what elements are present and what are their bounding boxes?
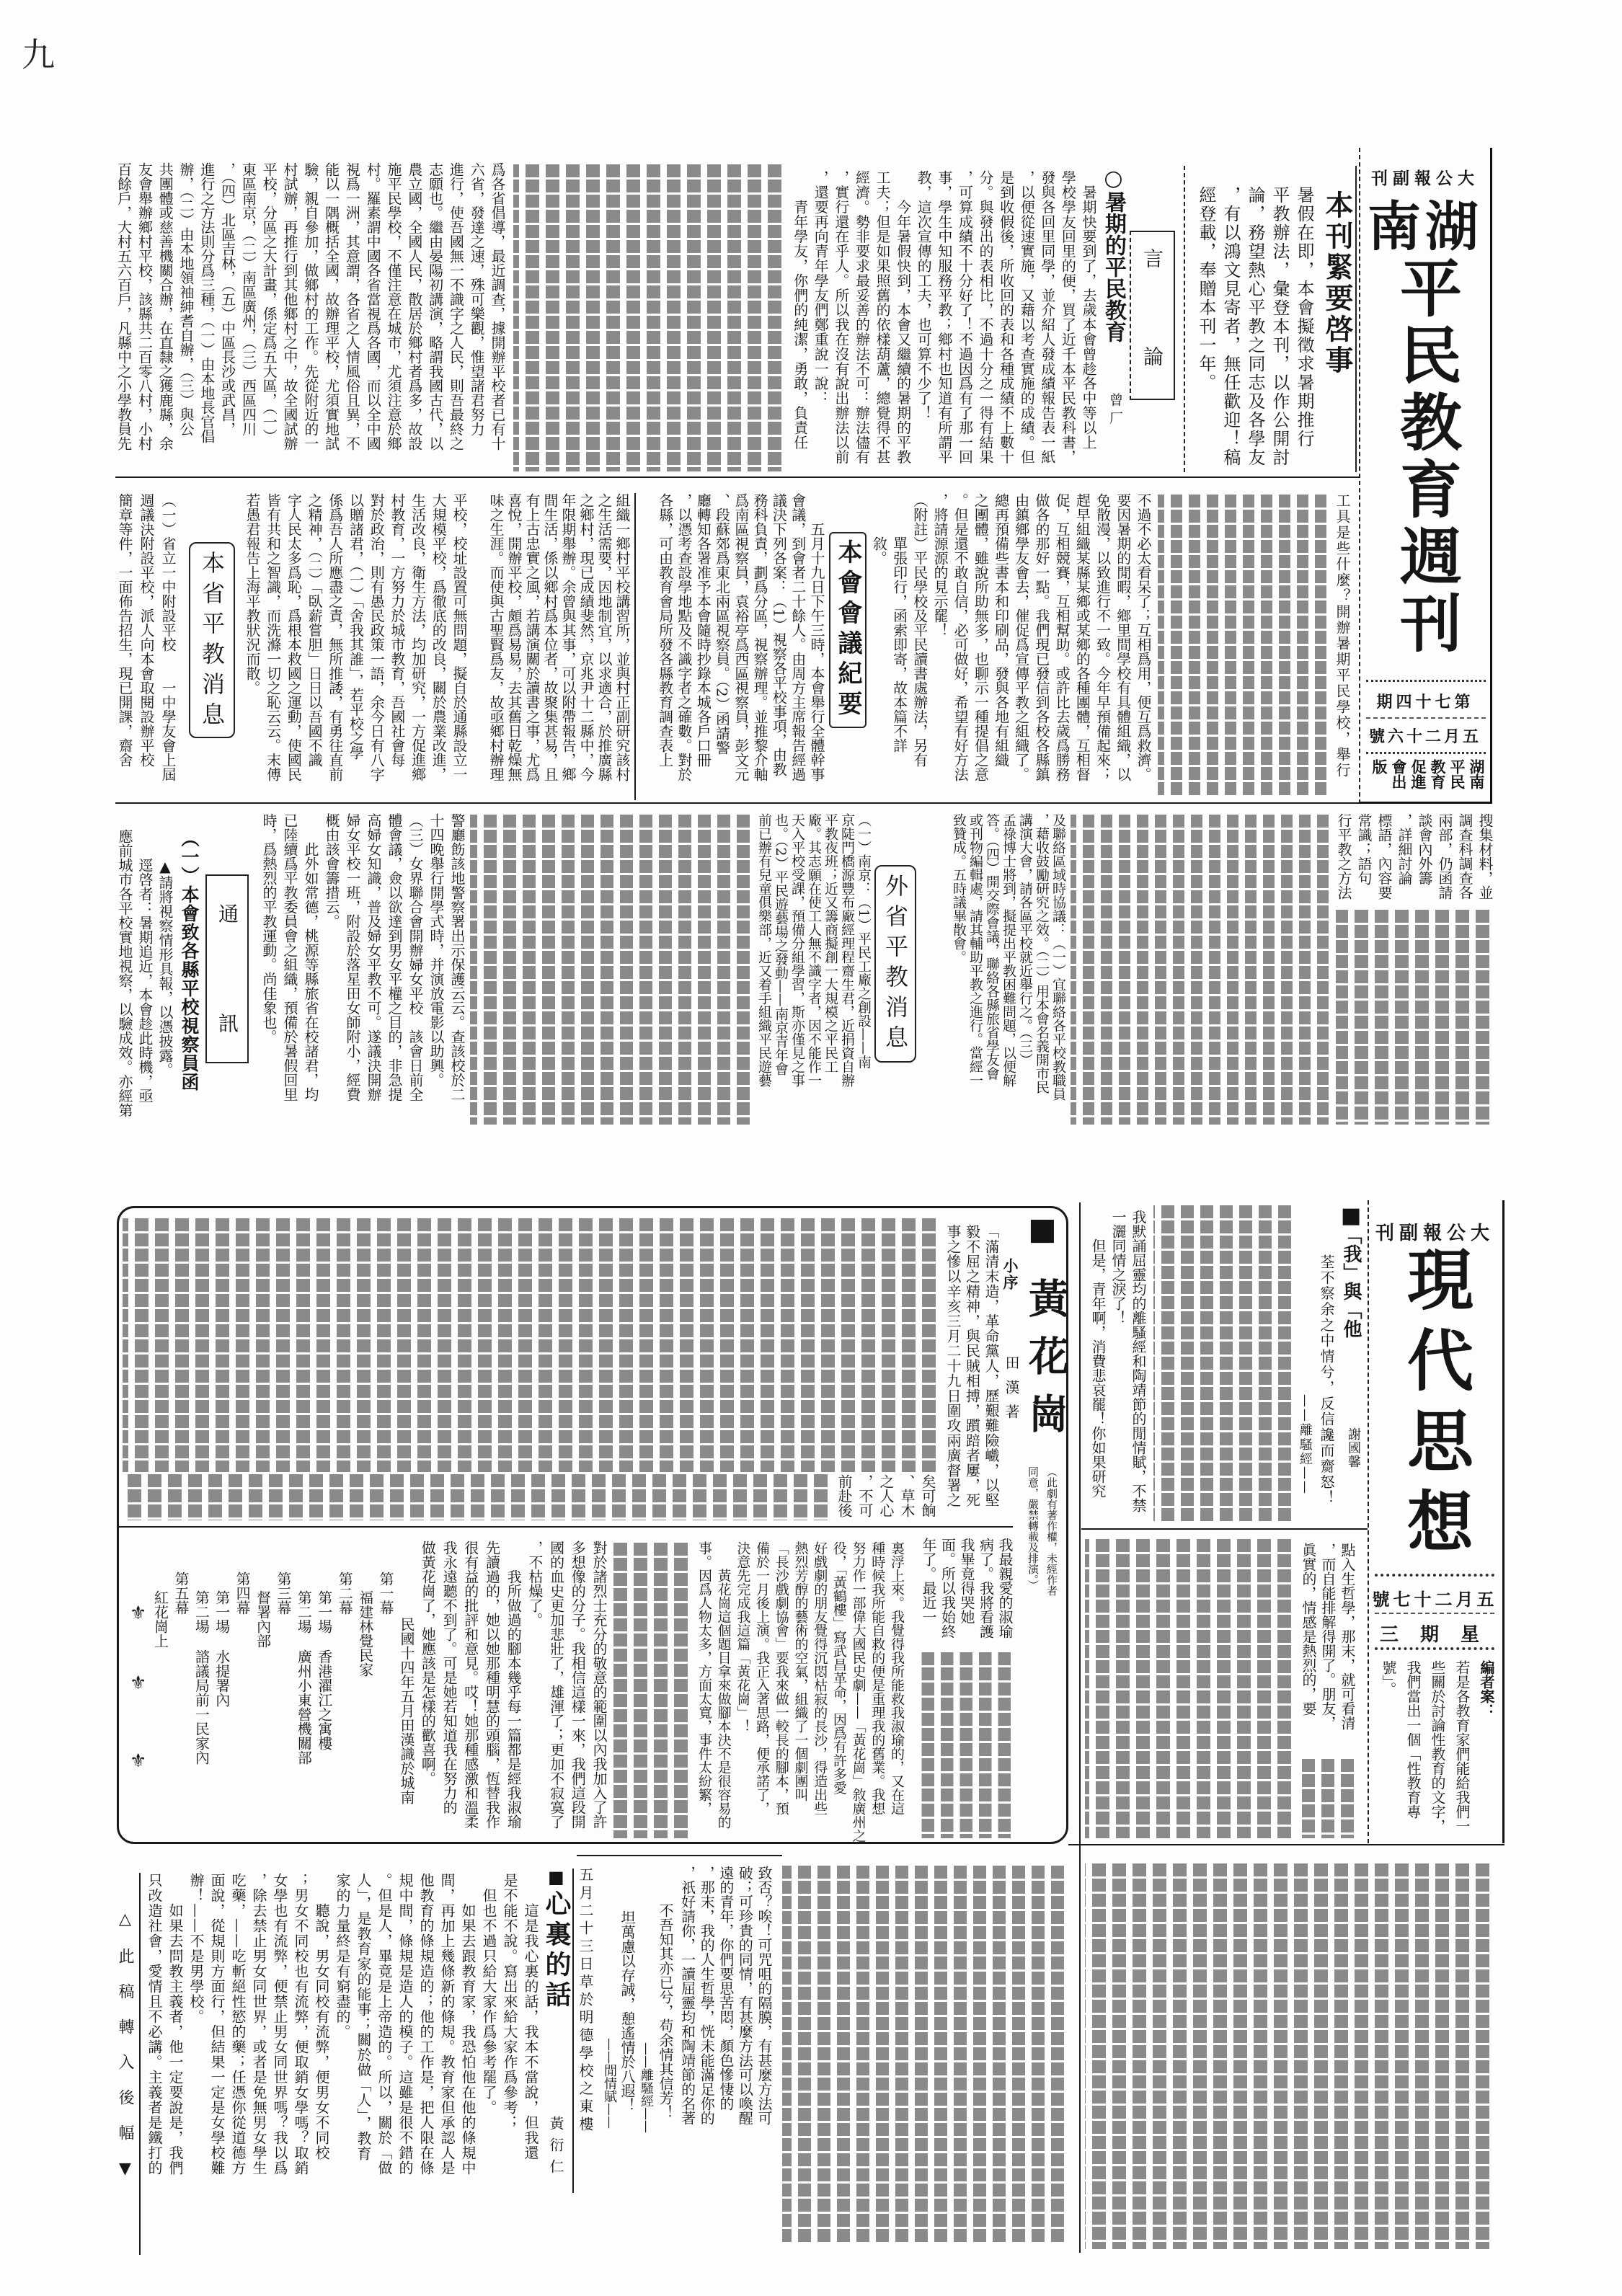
provincial-news-body: （一）省立一中附設平校 一中學友會上屆 週議決附設平校，派人向本會取閱設辦平校 … xyxy=(114,493,179,799)
column-divider xyxy=(572,1869,574,2193)
summer-article-body: 暑期快要到了，去歲本會曾趁各中等以上 學校學友回里的便，買了近千本平民教科書， … xyxy=(789,170,1099,477)
scene-label: 第一場 xyxy=(316,1590,333,1634)
act-scene: 第一場水提署內 xyxy=(211,1572,231,1788)
act-scene: 督署內部 xyxy=(252,1572,272,1788)
act-heading: 第一幕 xyxy=(376,1572,396,1788)
column-divider xyxy=(634,493,636,800)
scene-label: 第一場 xyxy=(213,1590,231,1634)
act-scene: 第二場廣州小東營機關部 xyxy=(293,1572,314,1788)
lecture-report-part-3: 平校，校址設置可無問題，擬自於通縣設立一 大規模平校，爲徹底的改良，關於農業改進… xyxy=(241,493,469,799)
meeting-minutes-body-continued: 及聯絡區域時協議：（一）宜聯絡各平校教職員 ，藉收鼓勵研究之效。（二）用本會名義… xyxy=(950,813,1066,1125)
masthead-title-top: 湖南 xyxy=(1360,198,1490,256)
play-preface-label: 小序 xyxy=(1001,1258,1019,1294)
square-marker-icon: ■ xyxy=(1341,1205,1361,1227)
essay-self-author: 謝國馨 xyxy=(1344,1427,1362,1478)
act-heading: 第二幕 xyxy=(334,1572,355,1788)
illegible-text-block xyxy=(1336,910,1492,1125)
essay-self-body-part-1: 我默誦屈靈均的離騷經和陶靖節的閒情賦，不禁 一灑同情之淚了！ 但是，青年啊，消費… xyxy=(1085,1210,1148,1524)
section-rule xyxy=(1081,1528,1368,1530)
summer-article-author: 曾厂 xyxy=(1106,393,1125,439)
illegible-text-block xyxy=(513,164,784,471)
act-heading: 第四幕 xyxy=(232,1572,252,1788)
notice-title: 本刊緊要啓事 xyxy=(1321,190,1354,392)
lecture-report-part-1: 爲各省倡導，最近調查，據開辦平校者已有十 六省，發達之速，殊可樂觀，惟望諸君努力… xyxy=(113,162,508,477)
play-intro-fragments: 我最親愛的淑瑜 病了。我將看護 我畢竟得哭她 面。所以我始終 年了。最近一 xyxy=(918,1538,1014,1649)
editor-note-text: 若是各教育家們能給我們一 些關於討論性教育的文字， 我們當出一個「性教育專 號」… xyxy=(1376,1660,1474,1840)
scene-label: 第二場 xyxy=(192,1590,210,1634)
notice-box: 本刊緊要啓事 暑假在即，本會擬徵求暑期推行 平教辦法，彙登本刊，以作公開討 論，… xyxy=(1184,166,1357,472)
masthead-publisher: 湖南平民教育促進會出版 xyxy=(1368,759,1486,797)
provincial-news-body-continued: 警廳飭該地警察署出示保護云云。查該校於二 十四晚舉行開學式時，并演放電影以助興。… xyxy=(258,813,467,1125)
essay-heart-body: 這是我心裏的話，我本不當說，但我還 是不能不說。寫出來給大家作爲參考； 但也不過… xyxy=(143,1873,541,2194)
ornament-rule xyxy=(1375,1574,1494,1577)
illegible-text-block xyxy=(123,1474,830,1520)
correspondence-heading: 通訊 xyxy=(205,874,249,1063)
act-list: 第一幕福建林覺民家第二幕第一場香港濯江之寓樓第二場廣州小東營機關部第三幕督署內部… xyxy=(150,1572,396,1788)
masthead-weekday: 星期三 xyxy=(1369,1620,1501,1646)
closing-quote-source: ——閒情賦—— xyxy=(601,2038,618,2153)
essay-self-body-part-2: 點入生哲學，那末，就可看清 ，而自能排解得開了。朋友， 眞實的，情感是熱烈的，要 xyxy=(1298,1543,1357,1755)
column-divider xyxy=(139,1873,141,2255)
handwritten-page-number: 九 xyxy=(22,29,55,76)
act-heading: 第三幕 xyxy=(273,1572,293,1788)
other-provinces-news-heading: 外省平教消息 xyxy=(874,865,916,1063)
fleur-ornament-icon: ⚜ xyxy=(130,1604,146,1623)
play-intro-part-2: 對於諸烈士充分的敬意的範圍以內我加入了許 多想像的分子。我相信這樣一來，我們這段… xyxy=(417,1541,609,1843)
illegible-text-block xyxy=(1085,1863,1492,2249)
essay-self-epigraph: 荃不察余之中情兮，反信讒而齌怒！ xyxy=(1316,1254,1337,1510)
summer-article-continued: 工具是些什麼？開辦暑期平民學校，舉行 xyxy=(1332,493,1352,799)
masthead-issue-number: 第七十四期 xyxy=(1360,690,1490,712)
notice-body: 暑假在即，本會擬徵求暑期推行 平教辦法，彙登本刊，以作公開討 論，務望熱心平教之… xyxy=(1189,186,1316,471)
masthead-supplement-label: 大公報副刊 xyxy=(1369,1218,1501,1245)
meeting-minutes-heading: 本會會議紀要 xyxy=(829,532,867,728)
masthead-education-weekly: 大公報副刊 湖南 平民教育週刊 第七十四期 五月二十六號 湖南平民教育促進會出版 xyxy=(1359,148,1492,804)
illegible-text-block xyxy=(1085,1539,1294,1838)
play-title: 黃花崗 xyxy=(1024,1277,1068,1458)
column-divider xyxy=(1079,1202,1081,2253)
essay-heart-title: 心裏的話 xyxy=(542,1890,571,2018)
square-marker-icon: ■ xyxy=(1028,1214,1057,1244)
fleur-ornament-icon: ⚜ xyxy=(130,1674,146,1693)
play-preface-text: 「滿清末造，革命黨人，歷艱難險巇，以堅 毅不屈之精神，與民賊相搏，躓踣者屢，死 … xyxy=(942,1224,1001,1525)
play-rights-note: （此劇有著作權，未經作者 同意，嚴禁轉載及排演。） xyxy=(1021,1466,1061,1603)
ornament-rule xyxy=(1375,1613,1494,1614)
act-scene: 福建林覺民家 xyxy=(355,1572,375,1788)
illegible-text-block xyxy=(1299,1759,1357,1838)
correspondence-letter-title: （一）本會致各縣平校視察員函 xyxy=(176,829,202,1117)
provincial-news-heading: 本省平教消息 xyxy=(189,542,235,738)
scene-place: 諮議局前一民家內 xyxy=(192,1649,210,1765)
act-scene: 第二場諮議局前一民家內 xyxy=(191,1572,211,1788)
essay-heart-author: 黃衍仁 xyxy=(546,2116,565,2188)
fleur-ornament-icon: ⚜ xyxy=(130,1752,146,1770)
section-rule xyxy=(115,802,1359,804)
masthead-title-main: 平民教育週刊 xyxy=(1388,256,1463,681)
section-rule xyxy=(1068,1844,1504,1845)
masthead-modern-thought: 大公報副刊 現代思想 五月二十七號 星期三 編者案：若是各教育家們能給我們一 些… xyxy=(1368,1200,1504,1843)
continued-marker: △此稿轉入後幅▼ xyxy=(114,1910,136,2199)
scene-place: 水提署內 xyxy=(213,1649,231,1707)
illegible-text-block xyxy=(1158,495,1329,797)
scene-place: 廣州小東營機關部 xyxy=(295,1649,312,1765)
illegible-text-block xyxy=(611,1543,691,1838)
scene-place: 福建林覺民家 xyxy=(357,1590,374,1677)
editor-note: 編者案：若是各教育家們能給我們一 些關於討論性教育的文字， 我們當出一個「性教育… xyxy=(1375,1660,1499,1840)
section-label-opinion: 言論 xyxy=(1130,231,1175,400)
section-rule xyxy=(119,1526,1013,1528)
ornament-rule xyxy=(1366,752,1486,754)
play-author: 田漢著 xyxy=(1002,1355,1021,1435)
other-provinces-news-body: （一）南京：（1）平民工廠之創設——南 京陡門橋源豐布廠經理程齋生君，近捐資自辦… xyxy=(755,813,872,1125)
masthead-title: 現代思想 xyxy=(1395,1245,1476,1577)
ornament-rule xyxy=(1366,680,1486,682)
essay-self-body-part-3: 致否？唉！可咒咀的隔膜，有甚麼方法可 破；可珍貴的同情，有甚麼方法可以喚醒 遠的… xyxy=(678,1866,774,2140)
essay-self-epigraph-source: ——離騷經—— xyxy=(1296,1394,1313,1510)
lecture-report-part-2: 組織一鄉村平校講習所，並與村正副研究該村 之生活需要，因地制宜，以求適合，於推廣… xyxy=(487,493,631,799)
section-rule xyxy=(577,1855,782,1856)
masthead-date: 五月二十七號 xyxy=(1369,1585,1501,1610)
closing-quote-source: ——離騷經—— xyxy=(637,2042,655,2158)
essay-self-date-line: 五月二十三日草於明德學校之東樓 xyxy=(577,1867,594,2141)
illegible-text-block xyxy=(123,1218,939,1472)
editor-note-label: 編者案： xyxy=(1474,1660,1499,1840)
scene-place: 香港濯江之寓樓 xyxy=(316,1649,333,1750)
play-intro-signature: 民國十四年五月田漢識於城南 xyxy=(396,1617,417,1833)
scene-place: 督署內部 xyxy=(254,1590,272,1648)
ornament-rule xyxy=(1366,717,1486,719)
section-rule xyxy=(115,477,1359,478)
act-scene: 第一場香港濯江之寓樓 xyxy=(314,1572,334,1788)
closing-quote: 不吾知其亦已兮，苟余情其信芳！ xyxy=(656,1903,675,2141)
essay-self-title: 「我」與「他心」 xyxy=(1338,1225,1364,1362)
masthead-date: 五月二十六號 xyxy=(1360,724,1490,747)
square-marker-icon: ■ xyxy=(548,1869,564,1886)
masthead-supplement-label: 大公報副刊 xyxy=(1360,165,1490,189)
illegible-text-block xyxy=(1153,1205,1294,1522)
scene-label: 第二場 xyxy=(295,1590,312,1634)
illegible-text-block xyxy=(918,1652,1014,1838)
play-intro-part-1: 裏浮上來。我覺得我所能救我淑瑜的，又在這 種時候我所能自救的便是重理我的舊業。我… xyxy=(694,1541,906,1844)
act-scene: 紅花崗上 xyxy=(150,1572,170,1788)
correspondence-letter-body: ▲請將視察情形具報，以憑披露。 逕啓者：暑期追近，本會趁此時機，亟 應前城市各平… xyxy=(113,829,175,1125)
meeting-minutes-body: 五月十九日下午三時，本會舉行全體幹事 會議，到會者二十餘人。由周方主席報告經過 … xyxy=(655,493,826,799)
summer-article-title: ○暑期的平民教育 xyxy=(1099,166,1127,355)
illegible-text-block xyxy=(1071,815,1331,1125)
play-preface-column-endings: 矣可餉 、草木 之人心 ，不可 前赴後 xyxy=(833,1474,938,1522)
ornament-rule xyxy=(1375,1647,1494,1650)
text-fragments-below-masthead: 搜集材料，並 調查科調查各 兩部，仍函請 談會內外籌 ，詳細討論 標語，內容要 … xyxy=(1334,813,1495,907)
summer-article-closing: 不過不必太看呆了；互相爲用，便互爲救濟。 要因暑期的閒暇，鄉里間學校有具體組織，… xyxy=(868,493,1153,799)
scene-place: 紅花崗上 xyxy=(152,1590,169,1648)
act-heading: 第五幕 xyxy=(171,1572,191,1788)
illegible-text-block xyxy=(470,815,753,1125)
illegible-text-block xyxy=(782,1866,1067,2244)
closing-quote: 坦萬慮以存誠，憩遙情於八遐！ xyxy=(618,1910,637,2141)
